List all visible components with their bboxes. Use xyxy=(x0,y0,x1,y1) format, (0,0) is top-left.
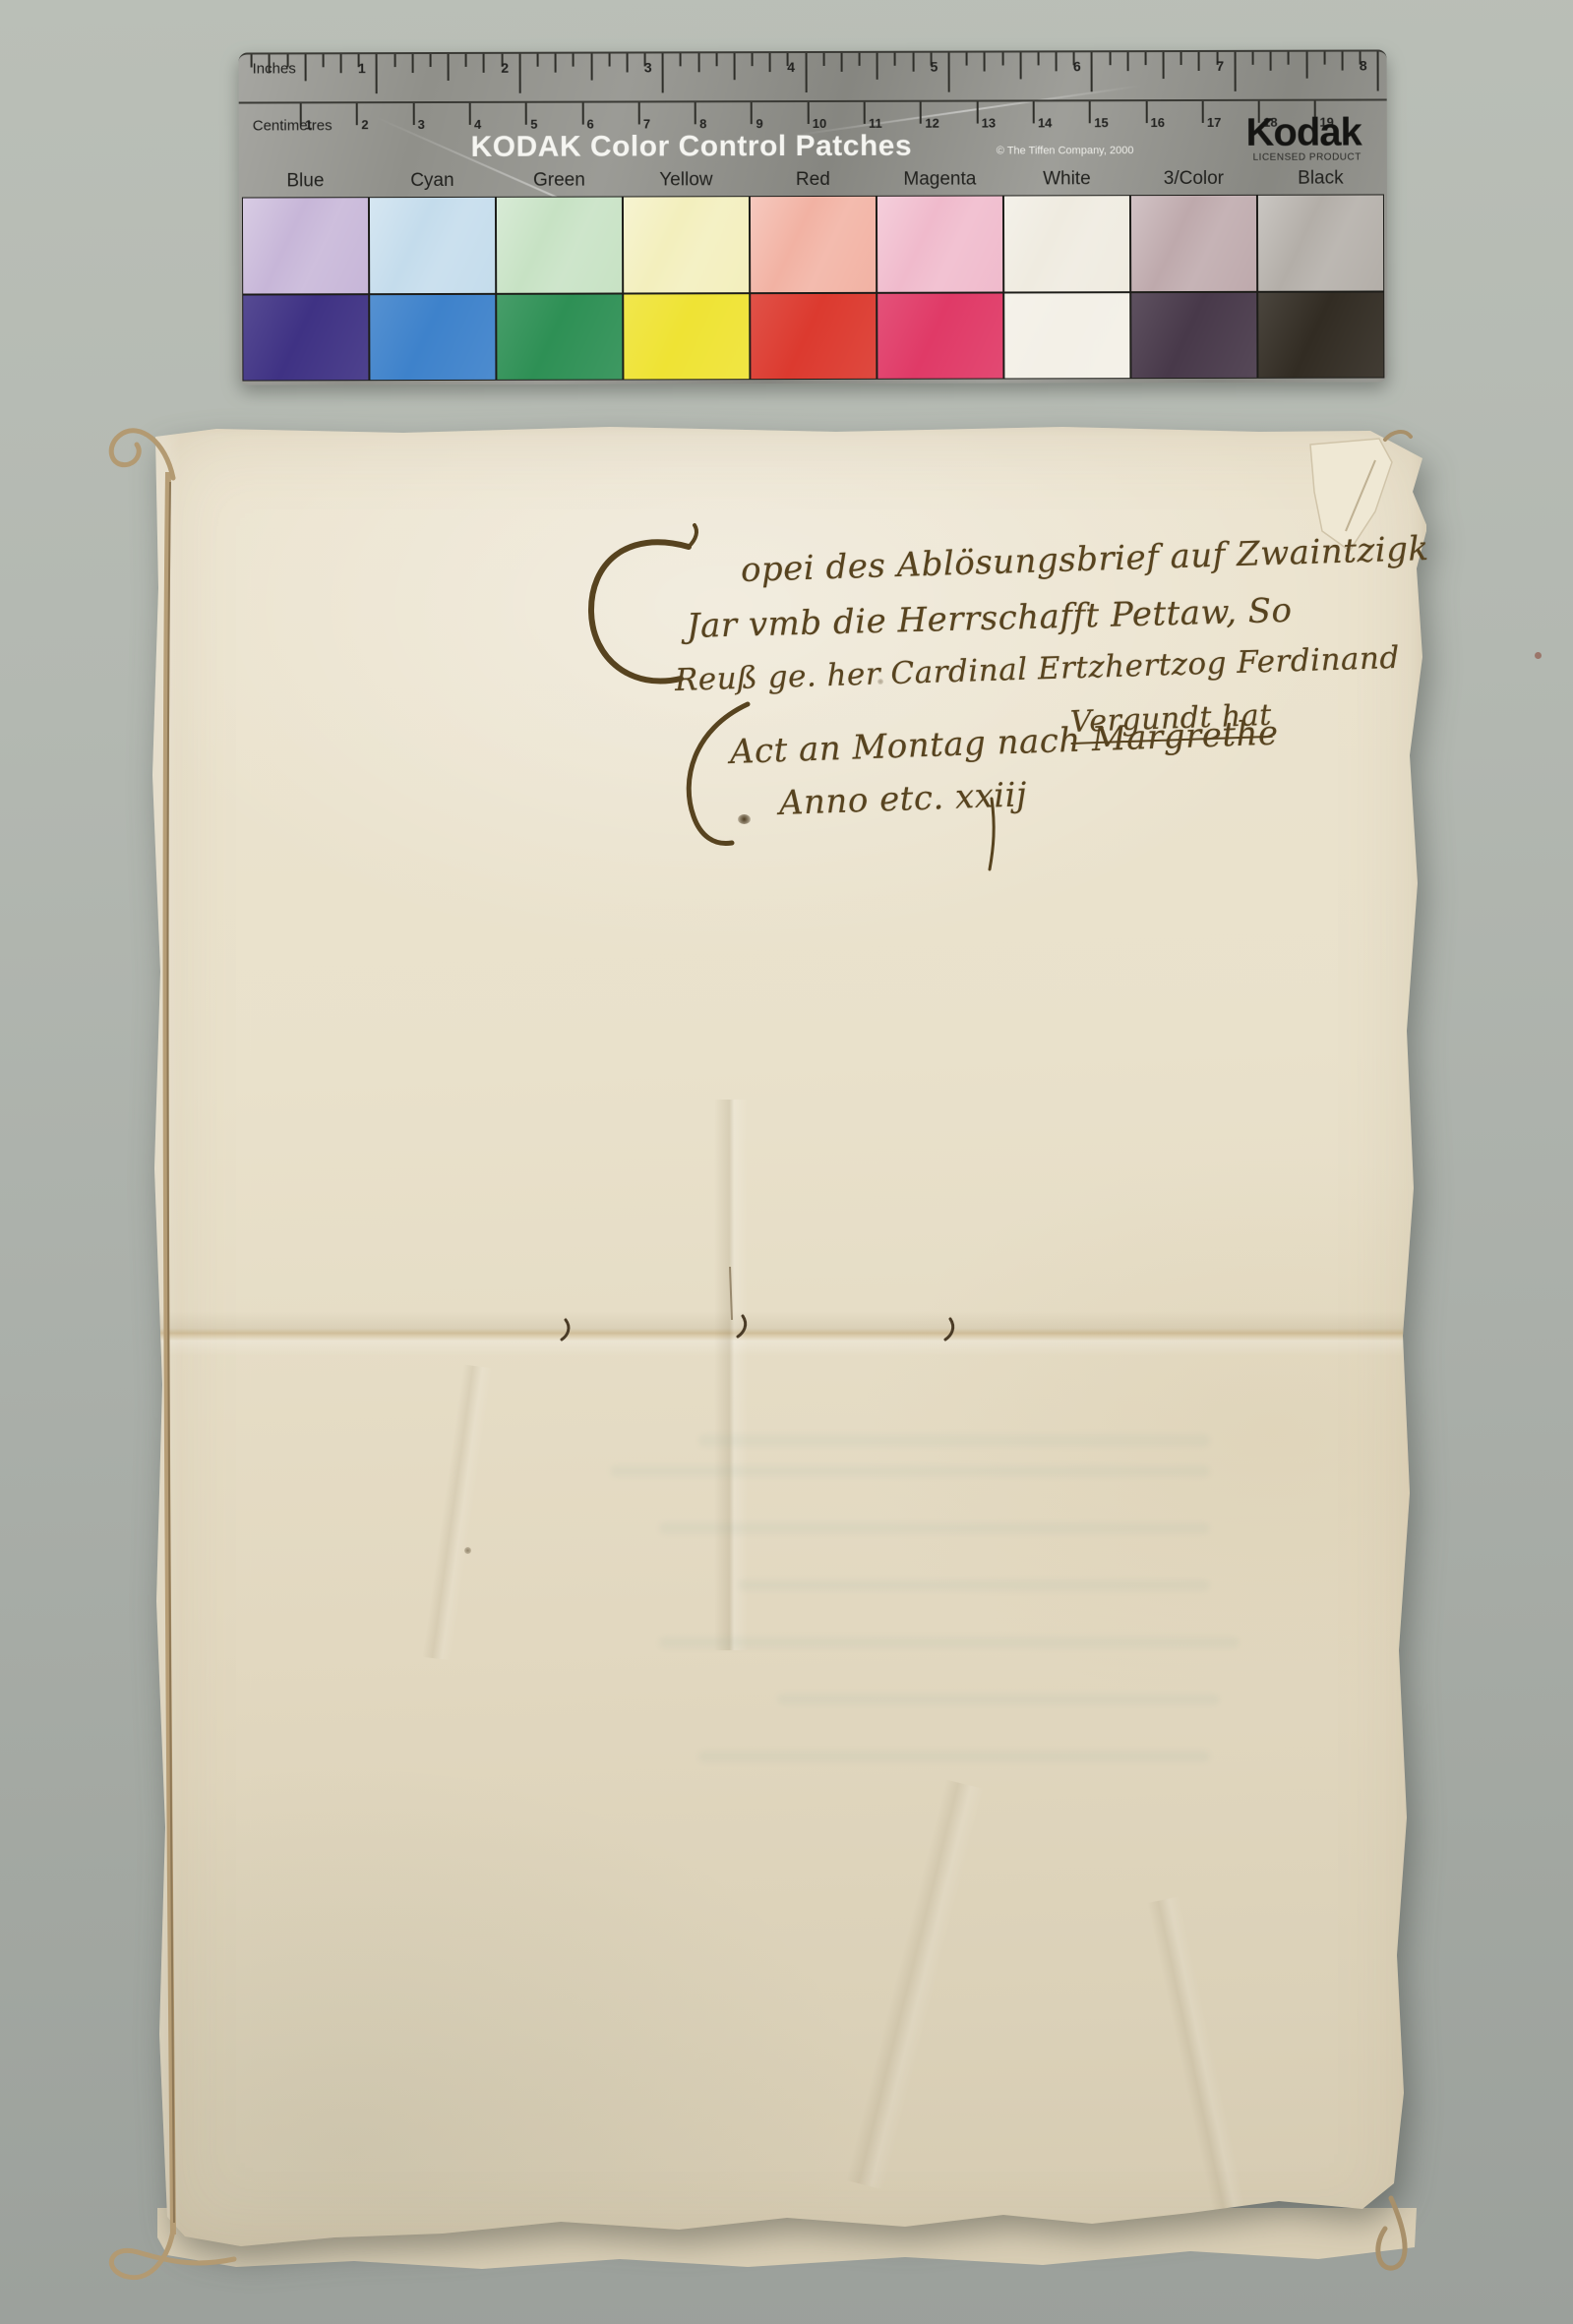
inch-tick xyxy=(1377,51,1379,90)
cm-number: 4 xyxy=(474,117,481,132)
patch-white-saturated xyxy=(1003,292,1130,379)
inch-number: 7 xyxy=(1216,58,1224,74)
inch-tick xyxy=(841,53,843,72)
patch-yellow-pastel xyxy=(623,196,750,293)
cm-tick xyxy=(1089,101,1091,123)
cm-number: 3 xyxy=(418,117,425,132)
inch-tick xyxy=(984,53,986,72)
inch-tick xyxy=(1109,52,1111,65)
ink-show-through xyxy=(659,1637,1240,1648)
inches-label: Inches xyxy=(253,60,296,77)
cm-tick xyxy=(356,103,358,125)
cm-tick xyxy=(637,102,639,124)
inch-scale: Inches 12345678 xyxy=(239,49,1387,103)
cm-tick xyxy=(581,103,583,125)
ruler-title: KODAK Color Control Patches xyxy=(416,130,967,164)
cm-tick xyxy=(976,102,978,124)
inch-tick xyxy=(1180,52,1182,65)
cm-number: 8 xyxy=(699,116,706,131)
patch-label-cyan: Cyan xyxy=(369,170,496,192)
patch-label-magenta: Magenta xyxy=(877,168,1003,190)
cm-tick xyxy=(751,102,753,124)
centimetres-label: Centimetres xyxy=(253,117,333,134)
cm-tick xyxy=(807,102,809,124)
patch-label-black: Black xyxy=(1257,167,1384,189)
patch-black-pastel xyxy=(1257,194,1384,291)
ruler-copyright: © The Tiffen Company, 2000 xyxy=(997,145,1134,156)
paper-surface xyxy=(148,421,1426,2260)
ink-show-through xyxy=(738,1579,1210,1591)
ink-show-through xyxy=(610,1465,1210,1477)
inch-tick xyxy=(590,54,592,81)
kodak-logo: Kodak xyxy=(1245,113,1361,152)
inch-tick xyxy=(1234,52,1236,91)
cm-tick xyxy=(1201,101,1203,123)
patch-magenta-saturated xyxy=(877,292,1003,379)
inch-tick xyxy=(608,54,610,67)
inch-tick xyxy=(1056,52,1058,71)
cm-number: 13 xyxy=(982,116,997,131)
cm-tick xyxy=(695,102,696,124)
cm-number: 6 xyxy=(587,117,594,132)
inch-tick xyxy=(626,53,628,72)
patch-label-blue: Blue xyxy=(242,170,369,192)
wrinkle-shading xyxy=(846,1779,984,2189)
inch-number: 4 xyxy=(787,59,795,75)
cm-number: 7 xyxy=(643,116,650,131)
inch-tick xyxy=(805,53,807,92)
inch-tick xyxy=(1019,52,1021,79)
kodak-licensed-product: LICENSED PRODUCT xyxy=(1246,152,1361,163)
cm-tick xyxy=(469,103,471,125)
inch-tick xyxy=(269,54,271,73)
inch-tick xyxy=(1341,52,1343,71)
cm-number: 2 xyxy=(361,117,368,132)
cm-tick xyxy=(1145,101,1147,123)
inch-tick xyxy=(304,54,306,81)
inch-tick xyxy=(1198,52,1200,71)
patch-label-green: Green xyxy=(496,170,623,192)
cm-number: 16 xyxy=(1151,115,1166,130)
cm-number: 5 xyxy=(530,117,537,132)
inch-tick xyxy=(1126,52,1128,71)
inch-tick xyxy=(733,53,735,80)
horizontal-fold-crease xyxy=(148,1311,1426,1356)
inch-tick xyxy=(752,53,754,66)
inch-tick xyxy=(322,54,324,67)
document-sheet xyxy=(148,421,1426,2260)
patch-blue-saturated xyxy=(242,294,369,381)
patch-red-saturated xyxy=(750,293,877,380)
fox-spot xyxy=(877,679,883,685)
inch-tick xyxy=(877,53,878,80)
cm-number: 15 xyxy=(1094,115,1109,130)
patch-label-3-color: 3/Color xyxy=(1130,168,1257,190)
inch-tick xyxy=(1270,52,1272,71)
inch-tick xyxy=(966,53,968,66)
cm-number: 12 xyxy=(925,116,939,131)
cm-number: 17 xyxy=(1207,115,1222,130)
cm-tick xyxy=(525,103,527,125)
patch-yellow-saturated xyxy=(623,293,750,380)
inch-tick xyxy=(483,54,485,73)
patch-green-saturated xyxy=(496,294,623,381)
cm-tick xyxy=(864,102,866,124)
patch-green-pastel xyxy=(496,197,623,294)
inch-number: 8 xyxy=(1360,58,1367,74)
patch-label-white: White xyxy=(1003,168,1130,190)
inch-tick xyxy=(1252,52,1254,65)
patch-white-pastel xyxy=(1003,195,1130,292)
inch-tick xyxy=(393,54,395,67)
inch-tick xyxy=(340,54,342,73)
inch-tick xyxy=(518,54,520,93)
inch-tick xyxy=(680,53,682,66)
inch-tick xyxy=(697,53,699,72)
ink-show-through xyxy=(777,1694,1220,1705)
inch-tick xyxy=(769,53,771,72)
inch-tick xyxy=(376,54,378,93)
inch-tick xyxy=(912,53,914,72)
cm-number: 9 xyxy=(756,116,762,131)
cm-tick xyxy=(412,103,414,125)
ink-show-through xyxy=(698,1434,1210,1447)
kodak-brand: Kodak LICENSED PRODUCT xyxy=(1245,113,1361,163)
inch-tick xyxy=(715,53,717,66)
patch-cyan-saturated xyxy=(369,294,496,381)
background-speck xyxy=(1535,652,1542,659)
patch-labels-row: BlueCyanGreenYellowRedMagentaWhite3/Colo… xyxy=(242,167,1384,192)
inch-tick xyxy=(1323,52,1325,65)
archival-photo: { "photo": { "background_color": "#aeb3a… xyxy=(0,0,1573,2324)
patch-label-yellow: Yellow xyxy=(623,169,750,191)
inch-tick xyxy=(429,54,431,67)
patch-magenta-pastel xyxy=(877,195,1003,292)
patch-cyan-pastel xyxy=(369,197,496,294)
inch-number: 1 xyxy=(358,60,366,76)
inch-tick xyxy=(1037,52,1039,65)
inch-tick xyxy=(537,54,539,67)
patch-row-saturated xyxy=(242,291,1384,381)
inch-tick xyxy=(555,54,557,73)
patch-black-saturated xyxy=(1257,291,1384,378)
inch-tick xyxy=(859,53,861,66)
wrinkle-shading xyxy=(422,1364,492,1660)
inch-tick xyxy=(822,53,824,66)
inch-tick xyxy=(948,53,950,92)
wrinkle-shading xyxy=(1147,1896,1247,2221)
inch-tick xyxy=(411,54,413,73)
patch-blue-pastel xyxy=(242,197,369,294)
patch-row-pastel xyxy=(242,194,1384,294)
inch-tick xyxy=(573,54,575,67)
inch-tick xyxy=(662,53,664,92)
inch-tick xyxy=(465,54,467,67)
kodak-color-ruler: Inches 12345678 123456789101112131415161… xyxy=(239,49,1388,385)
cm-tick xyxy=(1033,101,1035,123)
inch-tick xyxy=(1144,52,1146,65)
inch-number: 2 xyxy=(501,60,509,76)
inch-tick xyxy=(1001,52,1003,65)
cm-number: 10 xyxy=(813,116,827,131)
ink-blot xyxy=(738,814,751,824)
inch-tick xyxy=(1163,52,1165,79)
patch-3-color-saturated xyxy=(1130,292,1257,379)
inch-number: 5 xyxy=(931,59,938,75)
cm-number: 14 xyxy=(1038,115,1053,130)
ink-show-through xyxy=(659,1522,1210,1534)
inch-tick xyxy=(1091,52,1093,91)
patch-3-color-pastel xyxy=(1130,195,1257,292)
ink-show-through xyxy=(698,1751,1210,1762)
inch-tick xyxy=(894,53,896,66)
fox-spot xyxy=(464,1547,471,1554)
inch-tick xyxy=(448,54,450,81)
patch-grid xyxy=(242,194,1384,381)
vertical-crease xyxy=(714,1100,748,1650)
inch-number: 3 xyxy=(644,59,652,75)
inch-tick xyxy=(1288,52,1290,65)
inch-number: 6 xyxy=(1073,58,1081,74)
inch-tick xyxy=(251,54,253,67)
patch-red-pastel xyxy=(750,196,877,293)
inch-tick xyxy=(1305,52,1307,79)
patch-label-red: Red xyxy=(750,169,877,191)
cm-tick xyxy=(920,102,922,124)
inch-tick xyxy=(286,54,288,67)
cm-number: 11 xyxy=(869,116,882,131)
